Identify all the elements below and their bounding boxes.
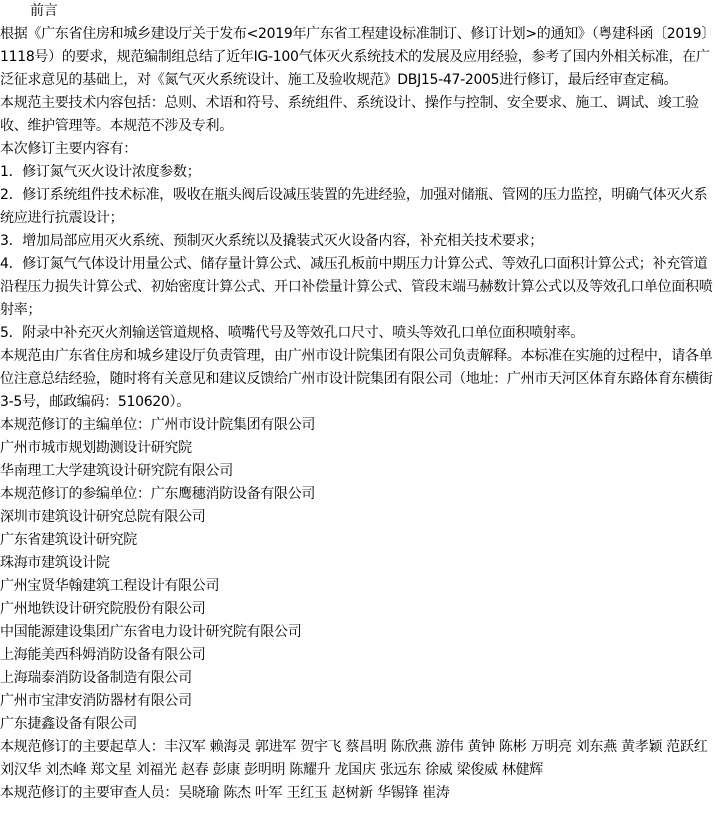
revision-list: 1．修订氮气灭火设计浓度参数； 2．修订系统组件技术标准，吸收在瓶头阀后设减压装… [0,161,718,345]
chief-units-label: 本规范修订的主编单位： [0,417,151,433]
chief-unit: 广州市城市规划勘测设计研究院 [0,437,718,460]
document-title: 前言 [0,0,718,23]
participating-unit: 广州宝贤华翰建筑工程设计有限公司 [0,575,718,598]
participating-unit: 广东捷鑫设备有限公司 [0,713,718,736]
participating-unit: 珠海市建筑设计院 [0,552,718,575]
revision-intro: 本次修订主要内容有： [0,138,718,161]
document-body: 前言 根据《广东省住房和城乡建设厅关于发布<2019年广东省工程建设标准制订、修… [0,0,718,805]
drafters-label: 本规范修订的主要起草人： [0,739,164,755]
chief-unit: 华南理工大学建筑设计研究院有限公司 [0,460,718,483]
revision-item: 5．附录中补充灭火剂输送管道规格、喷嘴代号及等效孔口尺寸、喷头等效孔口单位面积喷… [0,322,718,345]
participating-unit: 深圳市建筑设计研究总院有限公司 [0,506,718,529]
chief-units-line: 本规范修订的主编单位：广州市设计院集团有限公司 [0,414,718,437]
participating-unit: 中国能源建设集团广东省电力设计研究院有限公司 [0,621,718,644]
participating-unit: 上海瑞泰消防设备制造有限公司 [0,667,718,690]
participating-units-label: 本规范修订的参编单位： [0,486,151,502]
revision-item: 4．修订氮气气体设计用量公式、储存量计算公式、减压孔板前中期压力计算公式、等效孔… [0,253,718,322]
reviewers-label: 本规范修订的主要审查人员： [0,785,178,801]
drafters-line: 本规范修订的主要起草人：丰汉军 赖海灵 郭进军 贺宇飞 蔡昌明 陈欣燕 游伟 黄… [0,736,718,782]
content-paragraph: 本规范主要技术内容包括：总则、术语和符号、系统组件、系统设计、操作与控制、安全要… [0,92,718,138]
reviewers-names: 吴晓瑜 陈杰 叶军 王红玉 赵树新 华锡锋 崔涛 [178,785,450,801]
revision-item: 2．修订系统组件技术标准，吸收在瓶头阀后设减压装置的先进经验，加强对储瓶、管网的… [0,184,718,230]
participating-unit: 上海能美西科姆消防设备有限公司 [0,644,718,667]
participating-unit: 广东鹰穗消防设备有限公司 [151,486,315,502]
reviewers-line: 本规范修订的主要审查人员：吴晓瑜 陈杰 叶军 王红玉 赵树新 华锡锋 崔涛 [0,782,718,805]
chief-unit: 广州市设计院集团有限公司 [151,417,315,433]
revision-item: 3．增加局部应用灭火系统、预制灭火系统以及撬装式灭火设备内容，补充相关技术要求； [0,230,718,253]
participating-unit: 广东省建筑设计研究院 [0,529,718,552]
management-paragraph: 本规范由广东省住房和城乡建设厅负责管理，由广州市设计院集团有限公司负责解释。本标… [0,345,718,414]
participating-units-line: 本规范修订的参编单位：广东鹰穗消防设备有限公司 [0,483,718,506]
revision-item: 1．修订氮气灭火设计浓度参数； [0,161,718,184]
basis-paragraph: 根据《广东省住房和城乡建设厅关于发布<2019年广东省工程建设标准制订、修订计划… [0,23,718,92]
participating-unit: 广州市宝津安消防器材有限公司 [0,690,718,713]
participating-unit: 广州地铁设计研究院股份有限公司 [0,598,718,621]
